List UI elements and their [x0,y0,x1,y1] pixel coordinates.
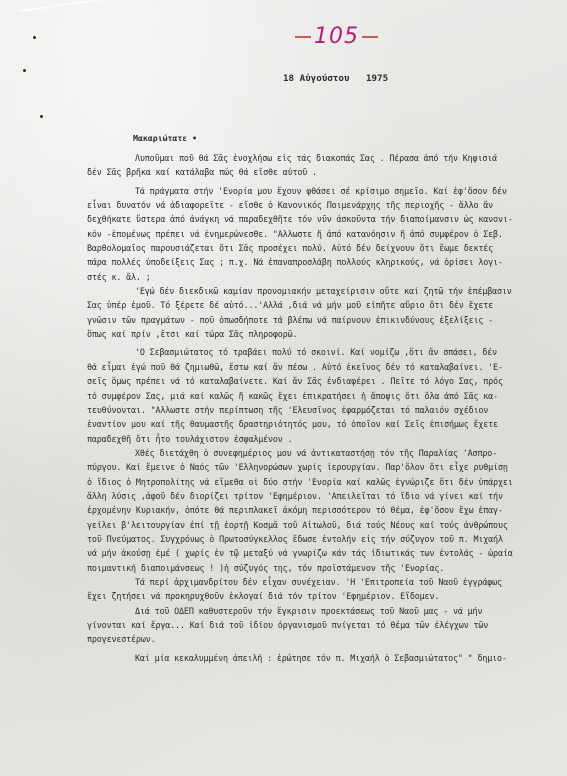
text-line: εἶναι δυνατόν νά ἀδιαφορεῖτε - εἴσθε ὁ Κ… [87,198,557,212]
staple-mark [23,69,26,72]
text-line: Χθές διετάχθη ὁ συνεφημέριος μου νά ἀντι… [87,446,557,460]
text-line: ἐναντίον μου καί τῆς θαυμαστῆς δραστηριό… [87,417,557,431]
text-line: τευθύνονται. "Αλλωστε στήν περίπτωση τῆς… [87,403,557,417]
dash-left [295,36,311,38]
text-line: ὅπως καί πρίν ,ἔτσι καί τώρα Σᾶς πληροφο… [87,327,557,341]
dash-right [362,36,378,38]
text-line: Τά περί ἀρχιμανδρίτου δέν εἶχαν συνέχεια… [87,575,557,589]
letter-date: 18 Αὐγούστου 1975 [283,73,388,84]
handwritten-page-number: 105 [292,24,381,49]
letter-body: Λυποῦμαι ποῦ θά Σᾶς ἐνοχλήσω εἰς τάς δια… [87,151,557,665]
text-line: νά μήν ἀκούσῃ ἐμέ ( χωρίς ἐν τῷ μεταξύ ν… [87,546,557,560]
text-line: στές κ. ἄλ. ; [87,270,557,284]
text-line: δεχθήκατε ὕστερα ἀπό ἀνάγκη νά παραδεχθῆ… [87,212,557,226]
text-line: ποιμαντική διαποιμάνσεως ! )ἡ σύζυγός τη… [87,561,557,575]
text-line: πάρα πολλές ὑποδείξεις Σας ; π.χ. Νά ἐπα… [87,255,557,269]
text-line: γίνονται καί ἔργα... Καί διά τοῦ ἰδίου ὀ… [87,618,557,632]
text-line: πύργου. Καί ἔμεινε ὁ Ναός τῶν 'Ελληνορώσ… [87,460,557,474]
text-line: θά εἶμαι ἐγώ ποῦ θά ζημιωθῶ, ἔστω καί ἄν… [87,360,557,374]
text-line: 'Εγώ δέν διεκδικῶ καμίαν προνομιακήν μετ… [87,284,557,298]
text-line: γείλει β'λειτουργίαν ἐπί τῇ ἑορτῇ Κοσμᾶ … [87,518,557,532]
scanned-letter-page: 105 18 Αὐγούστου 1975 Μακαριώτατε • Λυπο… [0,0,567,776]
text-line: κόν -ἑπομένως πρέπει νά ἐνημερώνεσθε. "Α… [87,227,557,241]
text-line: σεῖς ὅμως πρέπει νά τό καταλαβαίνετε. Κα… [87,374,557,388]
text-line: Λυποῦμαι ποῦ θά Σᾶς ἐνοχλήσω εἰς τάς δια… [87,151,557,165]
paper-crease [20,0,283,52]
text-line: ὁ ἴδιος ὁ Μητροπολίτης νά εἴμεθα οἱ δύο … [87,475,557,489]
text-line: Καί μία κεκαλυμμένη ἀπειλή : ἐρώτησε τόν… [87,651,557,665]
text-line: Διά τοῦ ΟΔΕΠ καθυστεροῦν τήν ἔγκρισιν πρ… [87,604,557,618]
text-line: Βαρθολομαῖος παρουσιάζεται ὅτι Σᾶς προσέ… [87,241,557,255]
text-line: δέν Σᾶς βρῆκα καί κατάλαβα πώς θά εἴσθε … [87,165,557,179]
text-line: Σας ὑπέρ ἐμοῦ. Τό ξέρετε δέ αὐτό...'Αλλά… [87,298,557,312]
staple-mark [40,115,43,118]
salutation: Μακαριώτατε • [133,133,197,143]
text-line: γνῶσιν τῶν πραγμάτων - ποῦ ὁπωσδήποτε τά… [87,313,557,327]
text-line: ἐρχομένην Κυριακήν, ὁπότε θά περιπλακεῖ … [87,503,557,517]
page-number-text: 105 [314,24,359,49]
text-line: ἔχει ζητήσει νά προκηρυχθοῦν ἐκλογαί διά… [87,589,557,603]
text-line: Τά πράγματα στήν 'Ενορία μου ἔχουν φθάσε… [87,184,557,198]
text-line: προγενεστέρων. [87,632,557,646]
text-line: 'Ο Σεβασμιώτατος τό τραβάει πολύ τό σκοι… [87,345,557,359]
text-line: τοῦ Πνεύματος. Συγχρόνως ὁ Πρωτοσύγκελλο… [87,532,557,546]
staple-mark [33,36,36,39]
text-line: ἄλλη λύσις ,ἀφοῦ δέν διορίζει τρίτον 'Εφ… [87,489,557,503]
text-line: παραδεχθῆ ὅτι ἦτο τουλάχιστον ἐσφαλμένον… [87,432,557,446]
text-line: τό συμφέρον Σας, μιά καί καλῶς ἤ κακῶς ἔ… [87,389,557,403]
